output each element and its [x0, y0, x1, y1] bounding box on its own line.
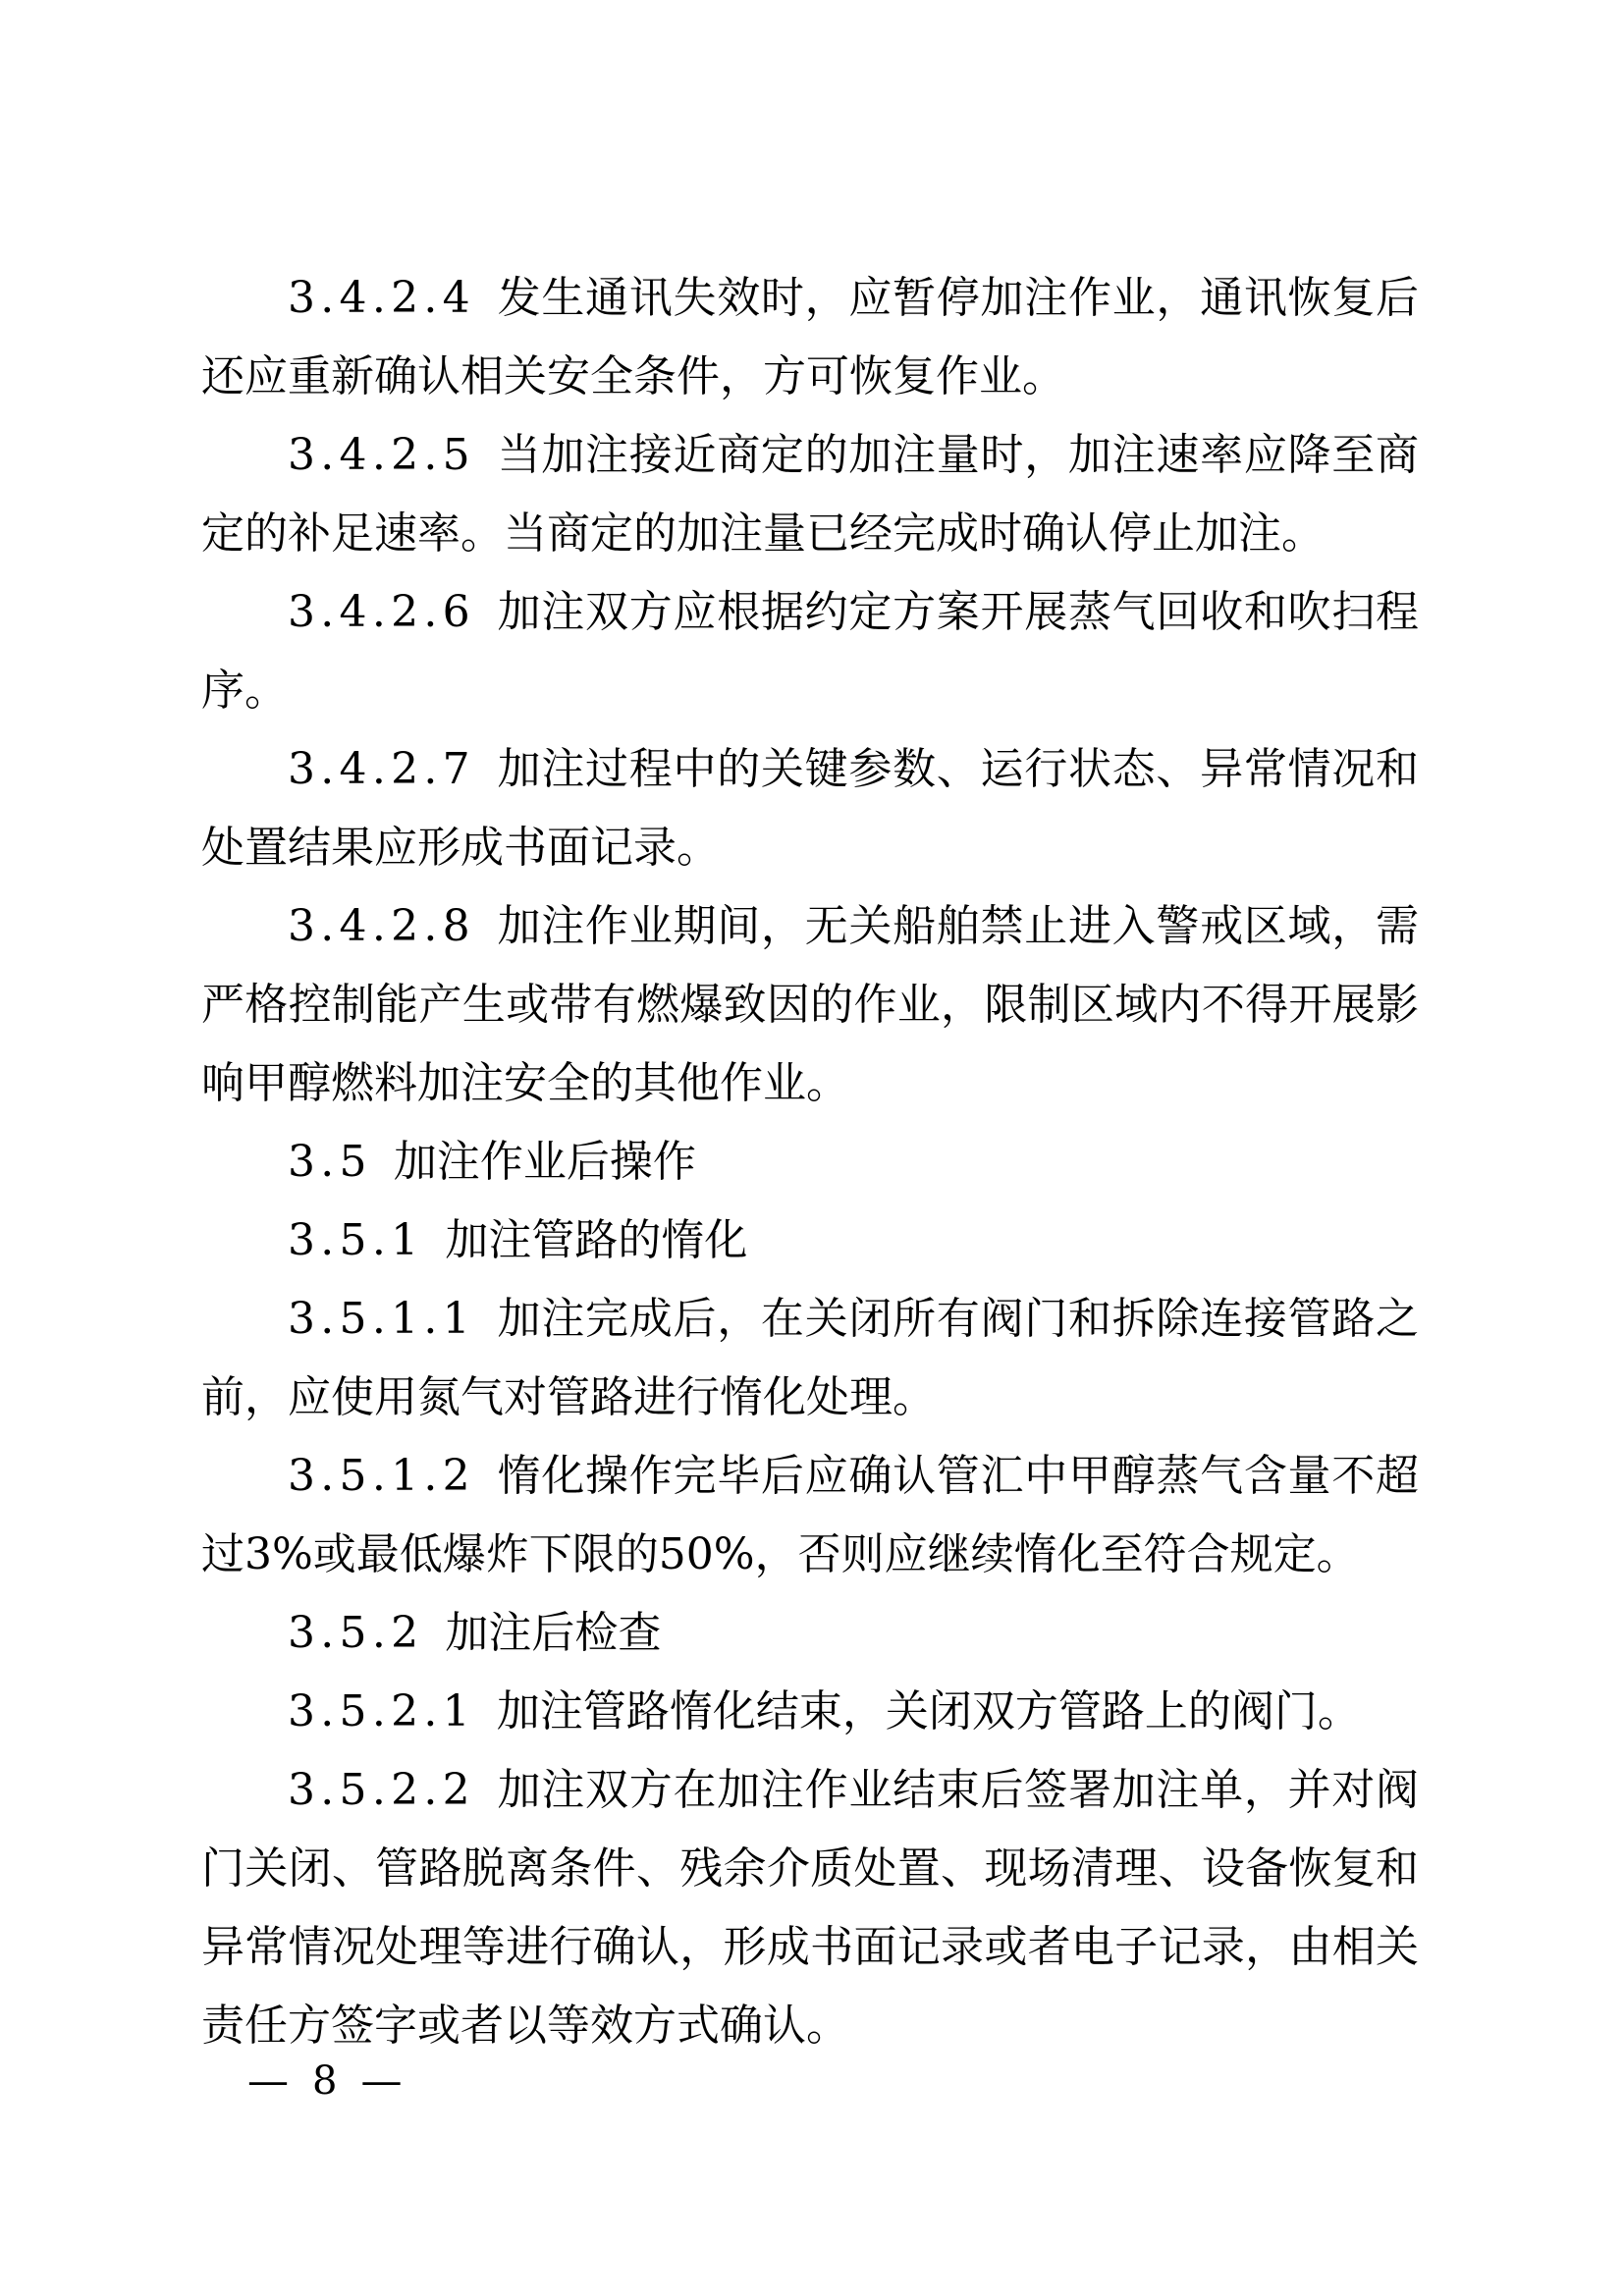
- section-heading-text: 加注作业后操作: [394, 1137, 696, 1187]
- section-3-4-2-8: 3.4.2.8加注作业期间，无关船舶禁止进入警戒区域，需严格控制能产生或带有燃爆…: [201, 887, 1419, 1123]
- section-number: 3.4.2.7: [288, 744, 475, 794]
- section-heading-text: 加注后检查: [445, 1608, 661, 1658]
- section-3-5-2-2: 3.5.2.2加注双方在加注作业结束后签署加注单，并对阀门关闭、管路脱离条件、残…: [201, 1751, 1419, 2065]
- section-3-5-1-1: 3.5.1.1加注完成后，在关闭所有阀门和拆除连接管路之前，应使用氮气对管路进行…: [201, 1280, 1419, 1437]
- section-text: 加注管路惰化结束，关闭双方管路上的阀门。: [497, 1686, 1361, 1736]
- section-3-4-2-5: 3.4.2.5当加注接近商定的加注量时，加注速率应降至商定的补足速率。当商定的加…: [201, 416, 1419, 573]
- section-number: 3.5.2.1: [288, 1686, 475, 1736]
- page-number: 8: [312, 2057, 337, 2105]
- section-heading-3-5-1: 3.5.1加注管路的惰化: [201, 1201, 1419, 1280]
- section-number: 3.4.2.8: [288, 901, 475, 951]
- section-number: 3.5.1.1: [288, 1294, 475, 1344]
- document-body: 3.4.2.4发生通讯失效时，应暂停加注作业，通讯恢复后还应重新确认相关安全条件…: [201, 259, 1419, 2065]
- document-page: 3.4.2.4发生通讯失效时，应暂停加注作业，通讯恢复后还应重新确认相关安全条件…: [0, 0, 1624, 2296]
- section-3-4-2-7: 3.4.2.7加注过程中的关键参数、运行状态、异常情况和处置结果应形成书面记录。: [201, 730, 1419, 887]
- section-number: 3.5.2: [288, 1608, 423, 1658]
- footer-right-dash: —: [360, 2057, 402, 2105]
- section-number: 3.4.2.4: [288, 273, 475, 323]
- section-3-5-1-2: 3.5.1.2惰化操作完毕后应确认管汇中甲醇蒸气含量不超过3%或最低爆炸下限的5…: [201, 1437, 1419, 1594]
- page-footer: — 8 —: [247, 2057, 402, 2105]
- section-heading-3-5: 3.5加注作业后操作: [201, 1123, 1419, 1201]
- section-3-4-2-6: 3.4.2.6加注双方应根据约定方案开展蒸气回收和吹扫程序。: [201, 573, 1419, 730]
- section-number: 3.4.2.6: [288, 587, 475, 637]
- section-heading-text: 加注管路的惰化: [445, 1215, 747, 1265]
- section-3-4-2-4: 3.4.2.4发生通讯失效时，应暂停加注作业，通讯恢复后还应重新确认相关安全条件…: [201, 259, 1419, 416]
- section-number: 3.5.1: [288, 1215, 423, 1265]
- footer-left-dash: —: [247, 2057, 289, 2105]
- section-number: 3.5.2.2: [288, 1765, 475, 1815]
- section-number: 3.5.1.2: [288, 1451, 475, 1501]
- section-number: 3.4.2.5: [288, 430, 475, 480]
- section-number: 3.5: [288, 1137, 372, 1187]
- section-heading-3-5-2: 3.5.2加注后检查: [201, 1594, 1419, 1673]
- section-3-5-2-1: 3.5.2.1加注管路惰化结束，关闭双方管路上的阀门。: [201, 1673, 1419, 1751]
